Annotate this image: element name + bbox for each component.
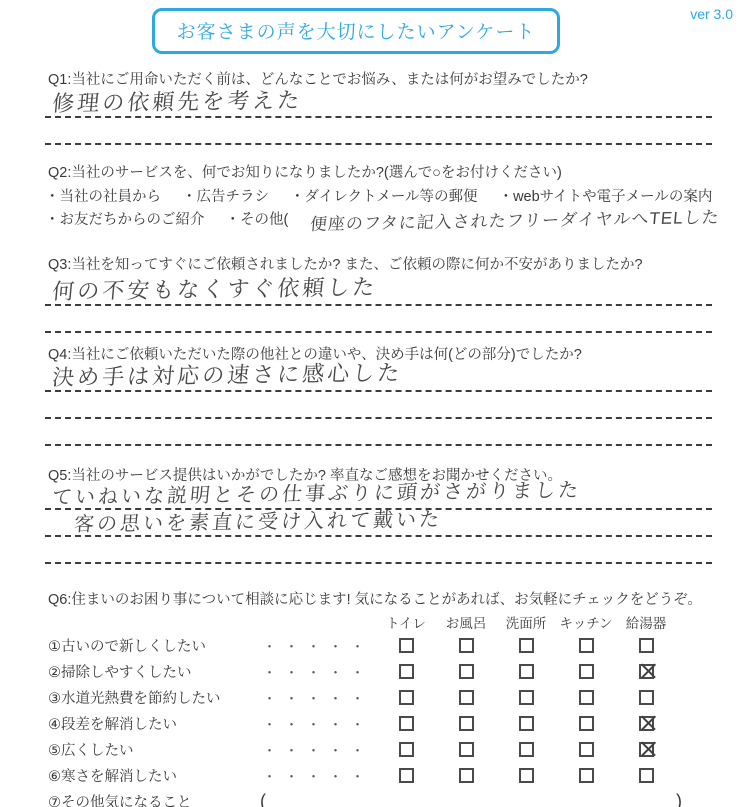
checkbox-bath[interactable] <box>459 768 474 783</box>
checkbox-kitchen[interactable] <box>579 664 594 679</box>
checkbox-waterheater[interactable] <box>639 768 654 783</box>
q6-row-3: ③水道光熱費を節約したい ・・・・・ <box>48 684 746 710</box>
dotted-leader: ・・・・・ <box>260 688 376 707</box>
q2-options-row1: ・当社の社員から ・広告チラシ ・ダイレクトメール等の郵便 ・webサイトや電子… <box>45 187 746 208</box>
q6-row-4: ④段差を解消したい ・・・・・ <box>48 710 746 736</box>
q5-handwritten-answer-line2: 客の思いを素直に受け入れて戴いた <box>73 503 444 537</box>
q6-column-kitchen: キッチン <box>556 612 616 632</box>
q2-option-other: ・その他( <box>226 212 289 228</box>
q6-row-label: ④段差を解消したい <box>48 713 260 734</box>
answer-line: 客の思いを素直に受け入れて戴いた <box>45 510 712 537</box>
answer-line <box>45 537 712 564</box>
dotted-leader: ・・・・・ <box>260 740 376 759</box>
checkbox-waterheater[interactable] <box>639 690 654 705</box>
q6-label: Q6:住まいのお困り事について相談に応じます! 気になることがあれば、お気軽にチ… <box>48 590 746 610</box>
q6-row-6: ⑥寒さを解消したい ・・・・・ <box>48 762 746 788</box>
checkbox-bath[interactable] <box>459 664 474 679</box>
checkbox-kitchen[interactable] <box>579 690 594 705</box>
checkbox-bath[interactable] <box>459 742 474 757</box>
q2-option-referral: ・お友だちからのご紹介 <box>45 212 205 228</box>
q6-row-label: ⑥寒さを解消したい <box>48 765 260 786</box>
checkbox-toilet[interactable] <box>399 716 414 731</box>
checkbox-waterheater[interactable] <box>639 638 654 653</box>
q6-row-label: ②掃除しやすくしたい <box>48 661 260 682</box>
q2-handwritten-answer: 便座のフタに記入されたフリーダイヤルへTELした <box>309 207 721 235</box>
q2-option-flyer: ・広告チラシ <box>182 189 269 205</box>
q6-row-label: ①古いので新しくしたい <box>48 635 260 656</box>
dotted-leader: ・・・・・ <box>260 714 376 733</box>
q5-answers: ていねいな説明とその仕事ぶりに頭がさがりました 客の思いを素直に受け入れて戴いた <box>45 486 712 564</box>
checkbox-washroom[interactable] <box>519 638 534 653</box>
answer-line <box>45 419 712 446</box>
checkbox-bath[interactable] <box>459 690 474 705</box>
answer-line <box>45 306 712 333</box>
survey-title: お客さまの声を大切にしたいアンケート <box>177 22 536 43</box>
checkbox-toilet[interactable] <box>399 690 414 705</box>
q6-row-2: ②掃除しやすくしたい ・・・・・ <box>48 658 746 684</box>
other-paren-close: ) <box>676 791 682 807</box>
checkbox-toilet[interactable] <box>399 638 414 653</box>
answer-line: 修理の依頼先を考えた <box>45 90 712 118</box>
other-paren-open: ( <box>260 791 266 807</box>
checkbox-washroom[interactable] <box>519 742 534 757</box>
q6-row-label: ⑤広くしたい <box>48 739 260 760</box>
dotted-leader: ・・・・・ <box>260 662 376 681</box>
q6-column-bath: お風呂 <box>436 612 496 632</box>
q2-option-directmail: ・ダイレクトメール等の郵便 <box>290 189 477 205</box>
checkbox-washroom[interactable] <box>519 716 534 731</box>
q3-answers: 何の不安もなくすぐ依頼した <box>45 279 712 333</box>
q6-row-1: ①古いので新しくしたい ・・・・・ <box>48 632 746 658</box>
checkbox-kitchen[interactable] <box>579 742 594 757</box>
q6-column-toilet: トイレ <box>376 612 436 632</box>
q1-handwritten-answer: 修理の依頼先を考えた <box>51 83 304 118</box>
checkbox-bath[interactable] <box>459 716 474 731</box>
checkbox-waterheater[interactable] <box>639 742 654 757</box>
q6-column-washroom: 洗面所 <box>496 612 556 632</box>
q4-handwritten-answer: 決め手は対応の速さに感心した <box>51 356 404 392</box>
q6-row-5: ⑤広くしたい ・・・・・ <box>48 736 746 762</box>
checkbox-washroom[interactable] <box>519 664 534 679</box>
survey-title-box: お客さまの声を大切にしたいアンケート <box>152 8 560 54</box>
q2-options-row2: ・お友だちからのご紹介 ・その他( 便座のフタに記入されたフリーダイヤルへTEL… <box>45 208 746 229</box>
q6-column-headers: トイレ お風呂 洗面所 キッチン 給湯器 <box>48 612 746 632</box>
q2-option-web: ・webサイトや電子メールの案内 <box>499 189 713 205</box>
checkbox-bath[interactable] <box>459 638 474 653</box>
q3-label: Q3:当社を知ってすぐにご依頼されましたか? また、ご依頼の際に何か不安がありま… <box>48 255 746 275</box>
q6-row-label: ③水道光熱費を節約したい <box>48 687 260 708</box>
checkbox-waterheater[interactable] <box>639 664 654 679</box>
q6-row-7: ⑦その他気になること ( ) <box>48 788 682 807</box>
checkbox-kitchen[interactable] <box>579 638 594 653</box>
q4-answers: 決め手は対応の速さに感心した <box>45 365 712 446</box>
dotted-leader: ・・・・・ <box>260 636 376 655</box>
answer-line: 決め手は対応の速さに感心した <box>45 365 712 392</box>
q2-option-staff: ・当社の社員から <box>45 189 161 205</box>
dotted-leader: ・・・・・ <box>260 766 376 785</box>
checkbox-washroom[interactable] <box>519 768 534 783</box>
checkbox-waterheater[interactable] <box>639 716 654 731</box>
checkbox-toilet[interactable] <box>399 742 414 757</box>
checkbox-kitchen[interactable] <box>579 716 594 731</box>
checkbox-toilet[interactable] <box>399 768 414 783</box>
q1-answers: 修理の依頼先を考えた <box>45 90 712 145</box>
checkbox-toilet[interactable] <box>399 664 414 679</box>
answer-line <box>45 118 712 145</box>
q2-label: Q2:当社のサービスを、何でお知りになりましたか?(選んで○をお付けください) <box>48 163 746 183</box>
checkbox-kitchen[interactable] <box>579 768 594 783</box>
version-label: ver 3.0 <box>690 6 733 22</box>
q6-row-label: ⑦その他気になること <box>48 791 260 807</box>
checkbox-washroom[interactable] <box>519 690 534 705</box>
answer-line: 何の不安もなくすぐ依頼した <box>45 279 712 306</box>
answer-line <box>45 392 712 419</box>
q6-column-waterheater: 給湯器 <box>616 612 676 632</box>
q3-handwritten-answer: 何の不安もなくすぐ依頼した <box>51 270 379 306</box>
page-header: お客さまの声を大切にしたいアンケート ver 3.0 <box>0 0 746 48</box>
